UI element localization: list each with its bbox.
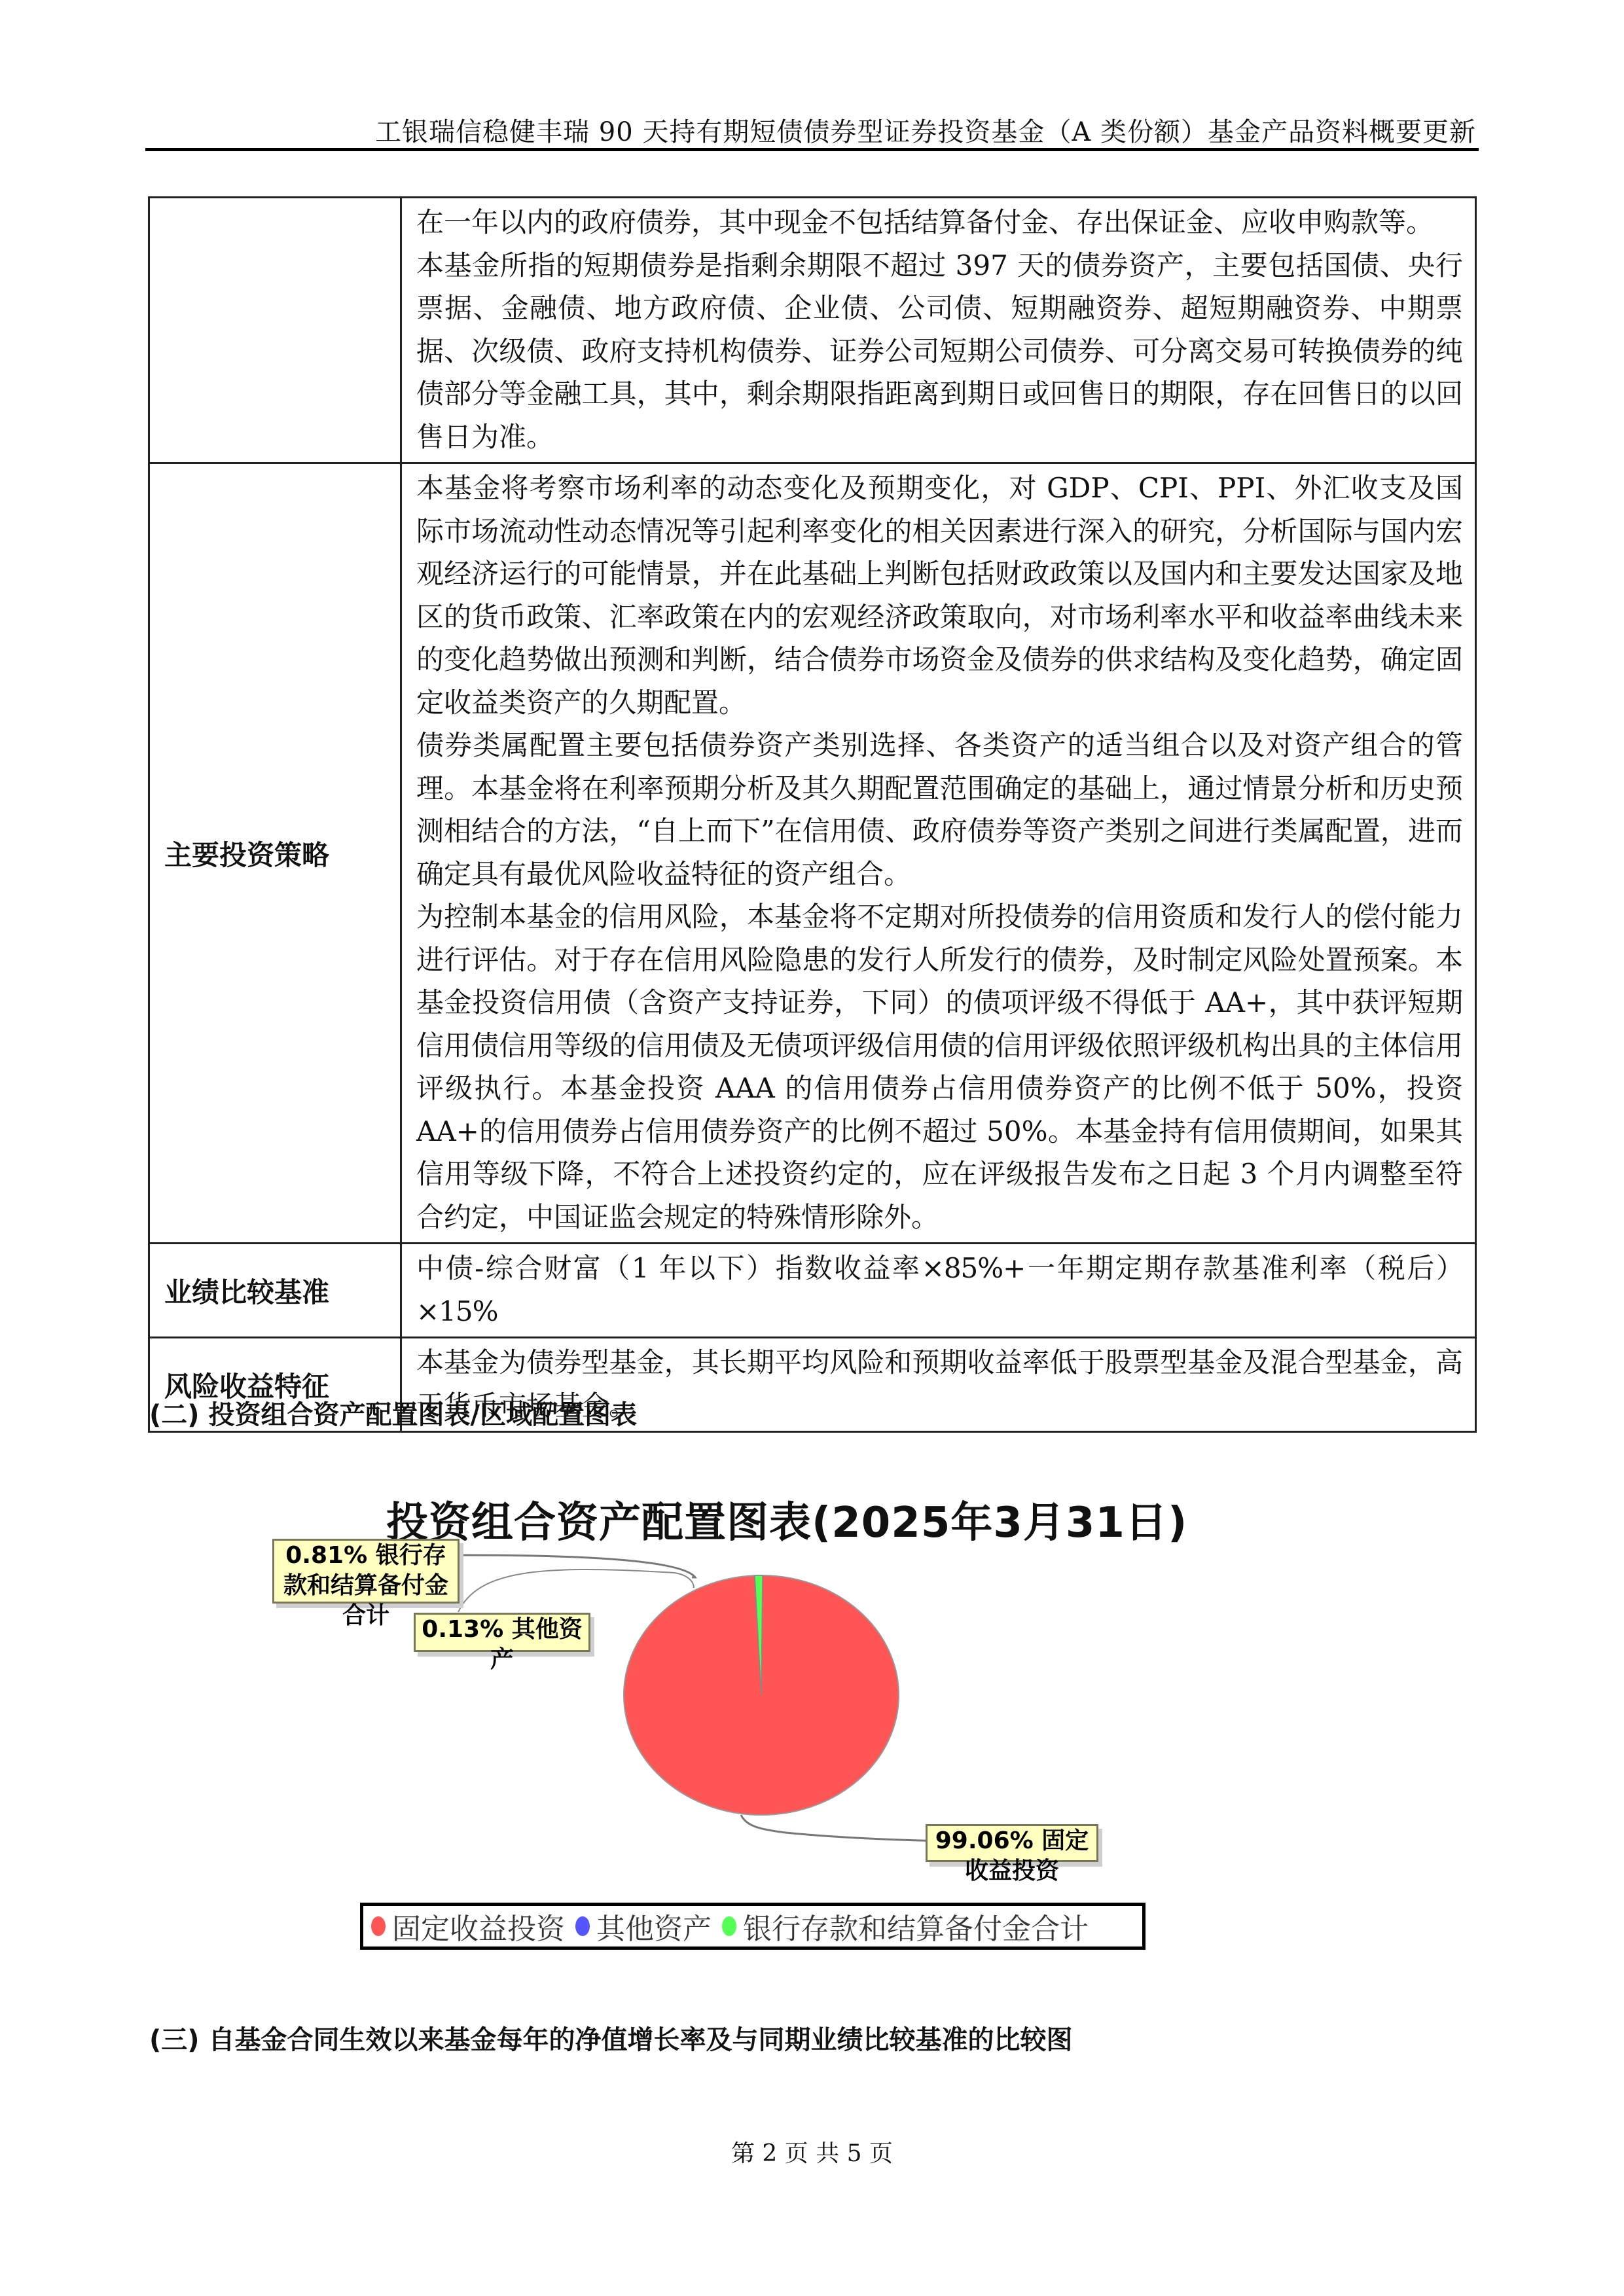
paragraph: 本基金所指的短期债券是指剩余期限不超过 397 天的债券资产，主要包括国债、央行… <box>416 244 1463 459</box>
table-row: 业绩比较基准 中债-综合财富（1 年以下）指数收益率×85%+一年期定期存款基准… <box>149 1244 1476 1338</box>
asset-allocation-pie-chart: 投资组合资产配置图表(2025年3月31日) 0.81% 银行存款和结算备付金合… <box>262 1473 1211 1970</box>
legend-label: 其他资产 <box>596 1905 712 1947</box>
fund-info-table: 在一年以内的政府债券，其中现金不包括结算备付金、存出保证金、应收申购款等。 本基… <box>148 196 1477 1433</box>
paragraph: 中债-综合财富（1 年以下）指数收益率×85%+一年期定期存款基准利率（税后）×… <box>416 1247 1463 1333</box>
data-label-bank-deposits: 0.81% 银行存款和结算备付金合计 <box>272 1539 460 1604</box>
table-row: 主要投资策略 本基金将考察市场利率的动态变化及预期变化，对 GDP、CPI、PP… <box>149 463 1476 1244</box>
legend-dot-green-icon <box>722 1916 736 1936</box>
legend-dot-blue-icon <box>575 1916 590 1936</box>
leader-line-other <box>458 1570 694 1612</box>
data-label-fixed-income: 99.06% 固定收益投资 <box>926 1824 1098 1862</box>
row-content: 在一年以内的政府债券，其中现金不包括结算备付金、存出保证金、应收申购款等。 本基… <box>401 198 1476 463</box>
chart-legend: 固定收益投资 其他资产 银行存款和结算备付金合计 <box>360 1903 1146 1950</box>
document-header-title: 工银瑞信稳健丰瑞 90 天持有期短债债券型证券投资基金（A 类份额）基金产品资料… <box>148 111 1476 149</box>
row-content: 本基金将考察市场利率的动态变化及预期变化，对 GDP、CPI、PPI、外汇收支及… <box>401 463 1476 1244</box>
paragraph: 债券类属配置主要包括债券资产类别选择、各类资产的适当组合以及对资产组合的管理。本… <box>416 724 1463 895</box>
legend-dot-red-icon <box>371 1916 386 1936</box>
row-content: 中债-综合财富（1 年以下）指数收益率×85%+一年期定期存款基准利率（税后）×… <box>401 1244 1476 1338</box>
data-label-other-assets: 0.13% 其他资产 <box>414 1613 590 1652</box>
legend-label: 银行存款和结算备付金合计 <box>743 1905 1089 1947</box>
paragraph: 在一年以内的政府债券，其中现金不包括结算备付金、存出保证金、应收申购款等。 <box>416 201 1463 244</box>
page-number: 第 2 页 共 5 页 <box>0 2135 1624 2168</box>
legend-item-bank-deposits: 银行存款和结算备付金合计 <box>722 1905 1089 1947</box>
row-label-investment-strategy: 主要投资策略 <box>149 463 401 1244</box>
section-title-asset-allocation: (二) 投资组合资产配置图表/区域配置图表 <box>149 1394 637 1431</box>
header-divider <box>145 148 1479 151</box>
legend-item-fixed-income: 固定收益投资 <box>371 1905 565 1947</box>
table-row: 在一年以内的政府债券，其中现金不包括结算备付金、存出保证金、应收申购款等。 本基… <box>149 198 1476 463</box>
section-title-nav-growth-comparison: (三) 自基金合同生效以来基金每年的净值增长率及与同期业绩比较基准的比较图 <box>149 2019 1073 2056</box>
row-label <box>149 198 401 463</box>
paragraph: 本基金将考察市场利率的动态变化及预期变化，对 GDP、CPI、PPI、外汇收支及… <box>416 467 1463 724</box>
legend-label: 固定收益投资 <box>392 1905 565 1947</box>
leader-line-bank <box>458 1555 695 1577</box>
row-label-benchmark: 业绩比较基准 <box>149 1244 401 1338</box>
legend-item-other-assets: 其他资产 <box>575 1905 712 1947</box>
paragraph: 为控制本基金的信用风险，本基金将不定期对所投债券的信用资质和发行人的偿付能力进行… <box>416 895 1463 1238</box>
